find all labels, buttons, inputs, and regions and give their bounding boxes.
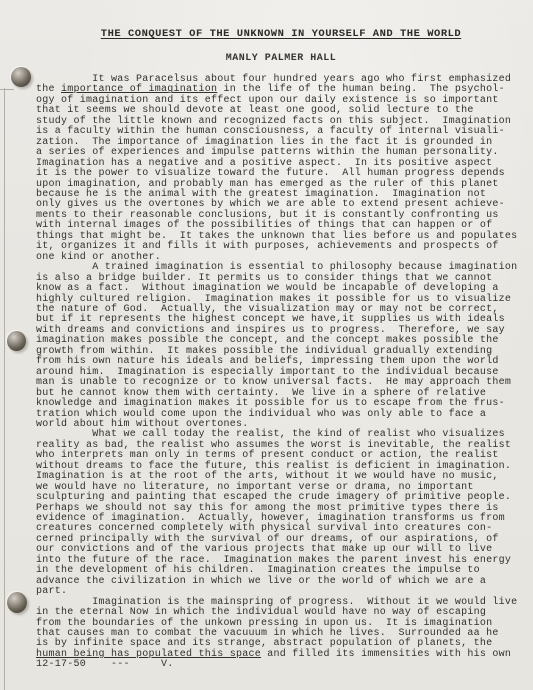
date-line: 12-17-50 --- V. [36,660,526,670]
author-byline: MANLY PALMER HALL [36,53,526,64]
document-title: THE CONQUEST OF THE UNKNOWN IN YOURSELF … [36,28,526,40]
paragraph: A trained imagination is essential to ph… [36,263,526,430]
brad-fastener-icon [7,592,27,613]
paragraph: It was Paracelsus about four hundred yea… [36,75,526,263]
page-edge-tick [0,89,14,90]
brad-fastener-icon [11,67,31,87]
document-page: THE CONQUEST OF THE UNKNOWN IN YOURSELF … [0,0,533,690]
brad-fastener-icon [7,331,26,351]
page-content: THE CONQUEST OF THE UNKNOWN IN YOURSELF … [36,28,526,671]
paragraph: What we call today the realist, the kind… [36,430,526,597]
paragraph: Imagination is the mainspring of progres… [36,598,526,661]
document-body: It was Paracelsus about four hundred yea… [36,75,526,660]
page-edge-line [4,88,5,690]
